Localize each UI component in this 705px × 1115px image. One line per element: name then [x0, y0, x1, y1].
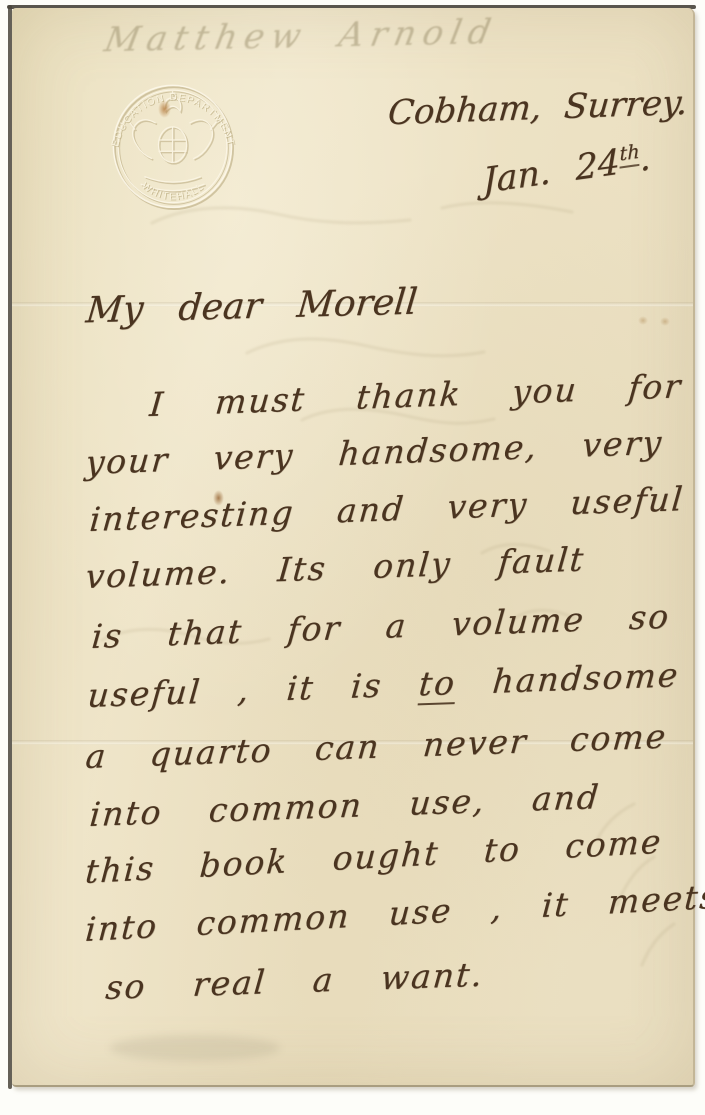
- letter-paper: EDUCATION DEPARTMENT EDUCATION DEPARTMEN…: [12, 8, 695, 1087]
- pencil-annotation: Matthew Arnold: [101, 12, 529, 61]
- heading-date-suffix: th: [619, 140, 639, 169]
- body-line-8: into common use, and: [88, 777, 602, 834]
- heading-place: Cobham, Surrey.: [386, 83, 689, 134]
- foxing-spot: [660, 317, 670, 326]
- foxing-spot: [638, 316, 648, 325]
- heading-date-main: Jan. 24: [482, 142, 620, 202]
- body-line-6-pre: useful , it is: [86, 664, 421, 715]
- body-line-3: interesting and very useful: [88, 479, 686, 539]
- body-line-1: I must thank you for: [148, 366, 684, 424]
- body-line-7: a quarto can never come: [84, 717, 669, 776]
- underlined-word: to: [417, 663, 458, 705]
- scanned-letter-page: { "letter": { "pencil_annotation": "Matt…: [0, 0, 705, 1115]
- embossed-seal: EDUCATION DEPARTMENT EDUCATION DEPARTMEN…: [98, 72, 248, 222]
- body-line-5: is that for a volume so: [90, 597, 672, 656]
- body-line-11: so real a want.: [104, 955, 486, 1007]
- body-line-6: useful , it is to handsome ;: [86, 653, 705, 715]
- salutation: My dear Morell: [84, 282, 419, 332]
- heading-date: Jan. 24th.: [482, 138, 651, 202]
- body-line-6-post: handsome ;: [454, 653, 705, 702]
- body-line-10: into common use , it meets: [84, 877, 705, 949]
- body-line-2: your very handsome, very: [84, 423, 665, 482]
- bottom-smudge: [110, 1035, 280, 1061]
- body-line-9: this book ought to come: [84, 822, 664, 891]
- body-line-4: volume. Its only fault: [84, 539, 587, 596]
- heading-date-period: .: [639, 138, 651, 180]
